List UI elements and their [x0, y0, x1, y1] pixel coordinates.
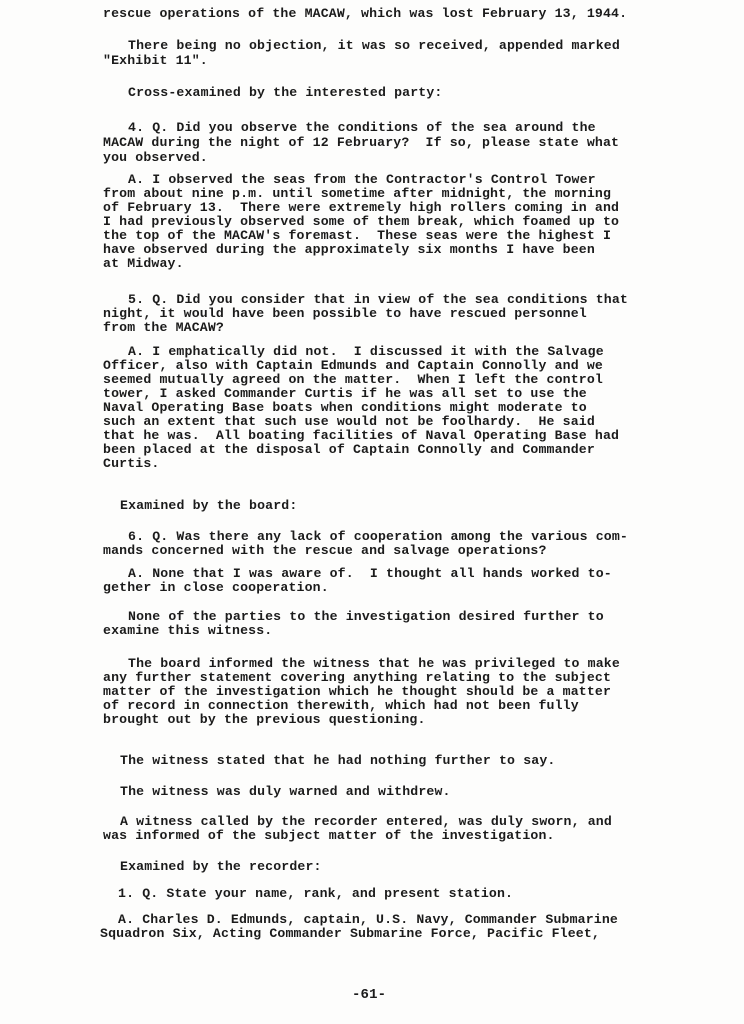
answer-5-line: such an extent that such use would not b…: [103, 414, 595, 429]
examined-by-recorder-heading: Examined by the recorder:: [120, 859, 322, 874]
question-5-line: from the MACAW?: [103, 320, 224, 335]
document-page: rescue operations of the MACAW, which wa…: [0, 0, 744, 1024]
answer-6-line: gether in close cooperation.: [103, 580, 329, 595]
exhibit-paragraph-line: There being no objection, it was so rece…: [128, 38, 620, 53]
no-further-examination-line: None of the parties to the investigation…: [128, 609, 604, 624]
answer-5-line: been placed at the disposal of Captain C…: [103, 442, 595, 457]
answer-4-line: have observed during the approximately s…: [103, 242, 595, 257]
answer-5-line: tower, I asked Commander Curtis if he wa…: [103, 386, 587, 401]
question-5-line: night, it would have been possible to ha…: [103, 306, 587, 321]
witness-stated-line: The witness stated that he had nothing f…: [120, 753, 555, 768]
answer-4-line: the top of the MACAW's foremast. These s…: [103, 228, 611, 243]
answer-5-line: A. I emphatically did not. I discussed i…: [128, 344, 604, 359]
answer-5-line: Naval Operating Base boats when conditio…: [103, 400, 587, 415]
witness-called-line: A witness called by the recorder entered…: [120, 814, 612, 829]
answer-5-line: Curtis.: [103, 456, 159, 471]
answer-5-line: Officer, also with Captain Edmunds and C…: [103, 358, 603, 373]
question-4-line: 4. Q. Did you observe the conditions of …: [128, 120, 596, 135]
page-number: -61-: [352, 988, 386, 1003]
question-6-line: mands concerned with the rescue and salv…: [103, 543, 547, 558]
answer-4-line: of February 13. There were extremely hig…: [103, 200, 619, 215]
no-further-examination-line: examine this witness.: [103, 623, 272, 638]
cross-examined-heading: Cross-examined by the interested party:: [128, 85, 443, 100]
question-6-line: 6. Q. Was there any lack of cooperation …: [128, 529, 628, 544]
question-4-line: MACAW during the night of 12 February? I…: [103, 135, 619, 150]
answer-5-line: that he was. All boating facilities of N…: [103, 428, 619, 443]
question-5-line: 5. Q. Did you consider that in view of t…: [128, 292, 628, 307]
question-1-line: 1. Q. State your name, rank, and present…: [118, 886, 513, 901]
continued-line: rescue operations of the MACAW, which wa…: [103, 6, 627, 21]
answer-6-line: A. None that I was aware of. I thought a…: [128, 566, 612, 581]
board-informed-line: any further statement covering anything …: [103, 670, 611, 685]
answer-5-line: seemed mutually agreed on the matter. Wh…: [103, 372, 603, 387]
board-informed-line: brought out by the previous questioning.: [103, 712, 426, 727]
witness-withdrew-line: The witness was duly warned and withdrew…: [120, 784, 451, 799]
board-informed-line: of record in connection therewith, which…: [103, 698, 579, 713]
board-informed-line: matter of the investigation which he tho…: [103, 684, 611, 699]
examined-by-board-heading: Examined by the board:: [120, 498, 297, 513]
board-informed-line: The board informed the witness that he w…: [128, 656, 620, 671]
witness-called-line: was informed of the subject matter of th…: [103, 828, 555, 843]
answer-4-line: at Midway.: [103, 256, 184, 271]
answer-4-line: A. I observed the seas from the Contract…: [128, 172, 596, 187]
answer-1-line: Squadron Six, Acting Commander Submarine…: [100, 926, 600, 941]
question-4-line: you observed.: [103, 150, 208, 165]
answer-4-line: I had previously observed some of them b…: [103, 214, 619, 229]
exhibit-paragraph-line: "Exhibit 11".: [103, 53, 208, 68]
answer-1-line: A. Charles D. Edmunds, captain, U.S. Nav…: [118, 912, 618, 927]
answer-4-line: from about nine p.m. until sometime afte…: [103, 186, 611, 201]
